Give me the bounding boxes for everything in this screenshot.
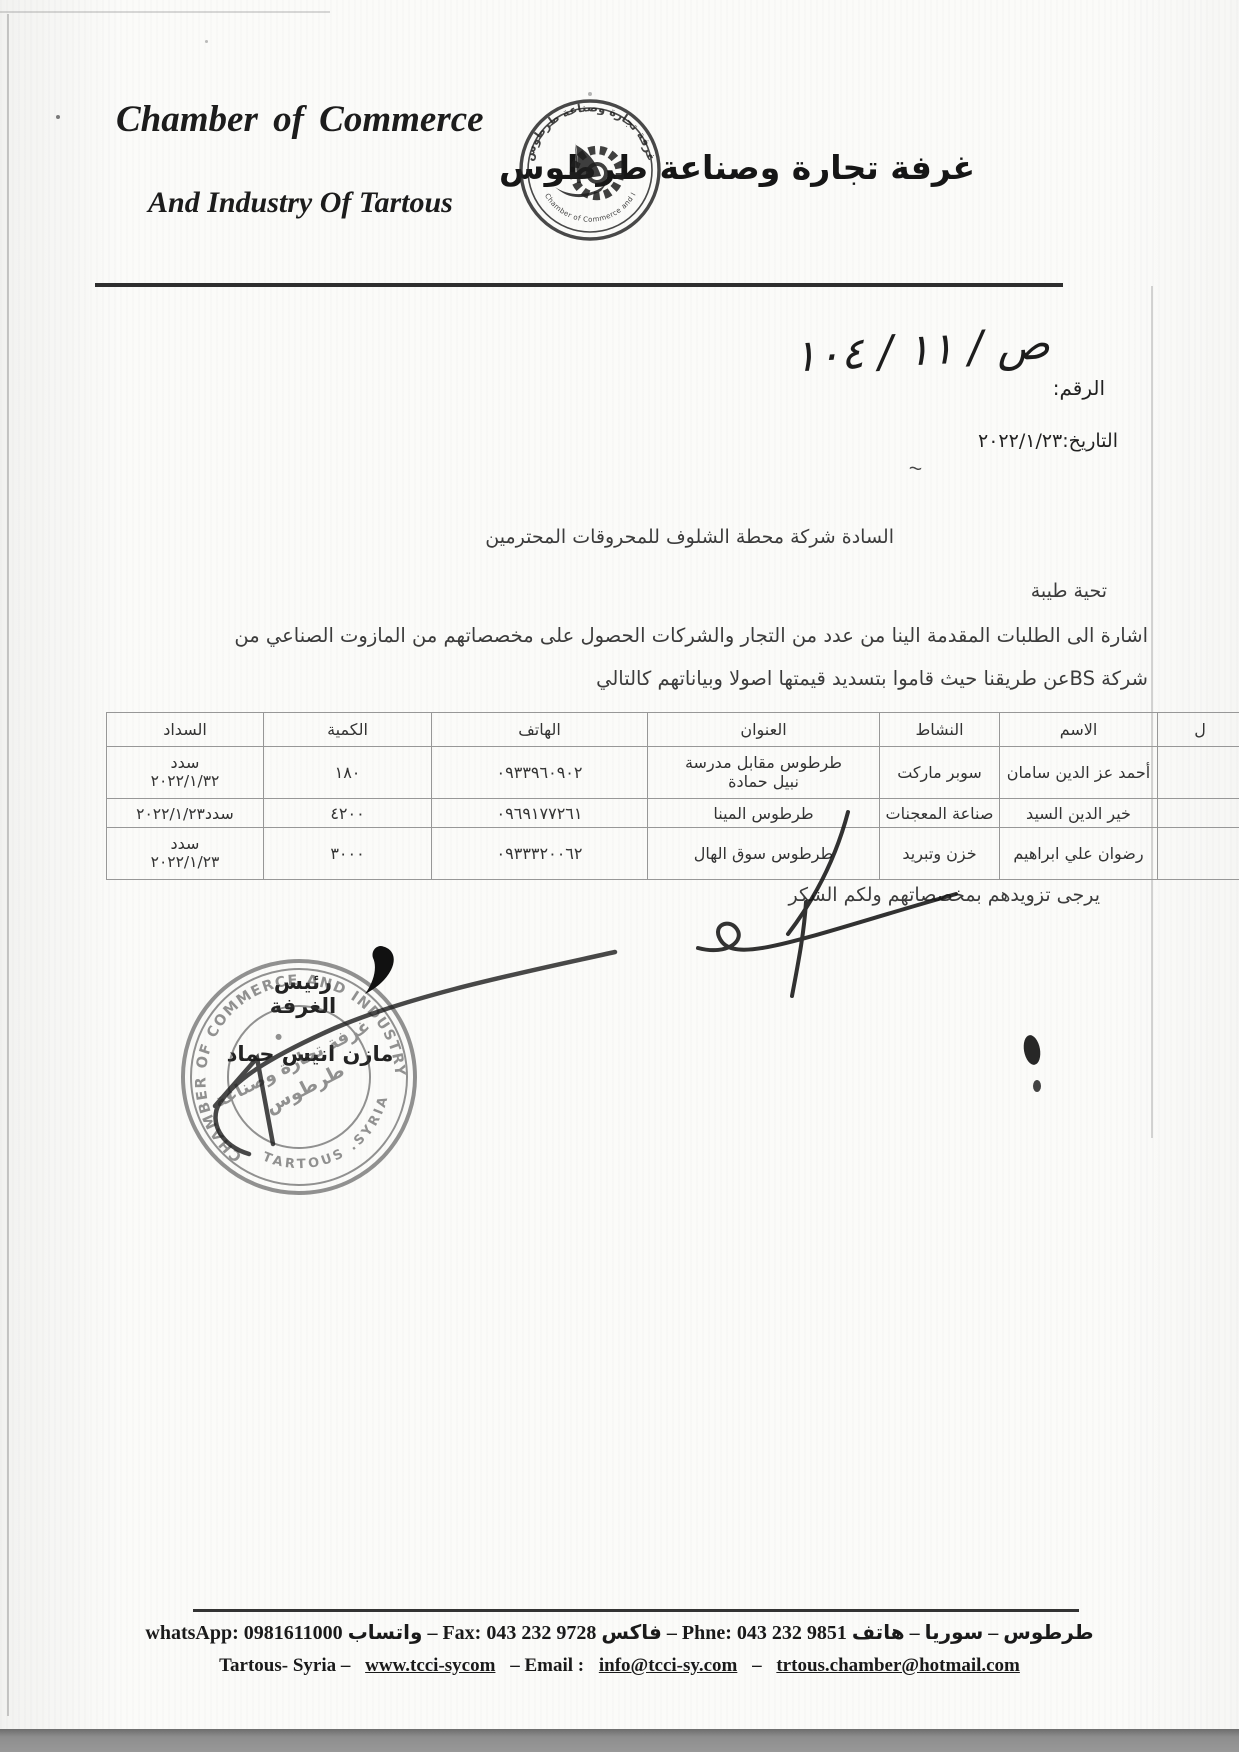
payment-word: سدد: [110, 754, 260, 772]
cell-serial: [1158, 747, 1239, 799]
header-serial-partial: ل: [1158, 713, 1239, 747]
header-divider-rule: [95, 283, 1063, 287]
cell-name: خير الدين السيد: [1000, 799, 1158, 828]
payment-word: سدد: [205, 804, 234, 823]
svg-text:غرفة تجارة وصناعة طرطوس: غرفة تجارة وصناعة طرطوس: [521, 100, 658, 162]
cell-serial: [1158, 828, 1239, 880]
footer-separator: –: [752, 1655, 762, 1676]
cell-phone: ٠٩٣٣٩٦٠٩٠٢: [432, 747, 648, 799]
date-line: التاريخ:٢٠٢٢/١/٢٣: [978, 430, 1118, 452]
scanned-letter-page: Chamber of Commerce And Industry Of Tart…: [0, 0, 1239, 1752]
header-payment: السداد: [107, 713, 264, 747]
header-title-english-line2: And Industry Of Tartous: [148, 186, 453, 220]
ref-number-handwritten: ص / ١١ / ١٠٤: [669, 318, 1051, 389]
cell-address: طرطوس مقابل مدرسة نبيل حمادة: [648, 747, 880, 799]
logo-ship-icon: [555, 143, 607, 197]
cell-activity: سوبر ماركت: [880, 747, 1000, 799]
footer-hotmail-link: trtous.chamber@hotmail.com: [776, 1655, 1020, 1676]
pen-mark: ~: [907, 457, 925, 480]
allocations-table: ل الاسم النشاط العنوان الهاتف الكمية الس…: [106, 712, 1239, 880]
pen-comma-mark: [365, 946, 394, 994]
cell-name: أحمد عز الدين سامان: [1000, 747, 1158, 799]
footer-email-label: – Email :: [510, 1655, 584, 1676]
cell-serial: [1158, 799, 1239, 828]
header-address: العنوان: [648, 713, 880, 747]
body-line-1: اشارة الى الطلبات المقدمة الينا من عدد م…: [234, 624, 1148, 647]
payment-date: ٢٠٢٢/١/٢٣: [136, 805, 205, 823]
payment-date: ٢٠٢٢/١/٣٢: [110, 773, 260, 791]
header-quantity: الكمية: [264, 713, 432, 747]
scan-edge-top: [0, 11, 330, 13]
handwritten-signature: [688, 806, 978, 1001]
table-header-row: ل الاسم النشاط العنوان الهاتف الكمية الس…: [107, 713, 1239, 747]
table-row: أحمد عز الدين سامان سوبر ماركت طرطوس مقا…: [107, 747, 1239, 799]
cell-name: رضوان علي ابراهيم: [1000, 828, 1158, 880]
footer-contact-line: طرطوس – سوريا – هاتف Phne: 043 232 9851 …: [60, 1620, 1179, 1645]
cell-payment: سدد ٢٠٢٢/١/٣٢: [107, 747, 264, 799]
ink-blob: [1015, 1028, 1060, 1098]
address-line2: نبيل حمادة: [651, 773, 876, 791]
header-phone: الهاتف: [432, 713, 648, 747]
cell-phone: ٠٩٣٣٣٢٠٠٦٢: [432, 828, 648, 880]
payment-word: سدد: [110, 835, 260, 853]
cell-payment: سدد٢٠٢٢/١/٢٣: [107, 799, 264, 828]
cell-quantity: ٣٠٠٠: [264, 828, 432, 880]
header-name: الاسم: [1000, 713, 1158, 747]
logo-arc-text-arabic: غرفة تجارة وصناعة طرطوس: [521, 100, 658, 162]
header-title-english-line1: Chamber of Commerce: [116, 98, 484, 141]
ink-speck: [56, 115, 60, 119]
address-line1: طرطوس مقابل مدرسة: [651, 754, 876, 772]
ref-number-label: الرقم:: [1053, 376, 1105, 400]
scan-edge-left: [7, 14, 9, 1716]
payment-date: ٢٠٢٢/١/٢٣: [110, 854, 260, 872]
scan-bottom-bar: [0, 1729, 1239, 1752]
header-activity: النشاط: [880, 713, 1000, 747]
greeting-line: تحية طيبة: [1031, 580, 1107, 602]
footer-website-link: www.tcci-sycom: [365, 1655, 495, 1676]
cell-phone: ٠٩٦٩١٧٧٢٦١: [432, 799, 648, 828]
ink-speck: [588, 92, 592, 96]
addressee-line: السادة شركة محطة الشلوف للمحروقات المحتر…: [485, 526, 894, 548]
footer-location-text: Tartous- Syria –: [219, 1655, 350, 1676]
body-line-2: شركة BSعن طريقنا حيث قاموا بتسديد قيمتها…: [596, 667, 1148, 690]
cell-quantity: ١٨٠: [264, 747, 432, 799]
ink-speck: [205, 40, 208, 43]
table-row: رضوان علي ابراهيم خزن وتبريد طرطوس سوق ا…: [107, 828, 1239, 880]
handwritten-signature-over-stamp: [185, 928, 645, 1183]
cell-quantity: ٤٢٠٠: [264, 799, 432, 828]
footer-divider-rule: [193, 1609, 1079, 1612]
table-row: خير الدين السيد صناعة المعجنات طرطوس الم…: [107, 799, 1239, 828]
chamber-seal-logo-icon: غرفة تجارة وصناعة طرطوس Tartous Chamber …: [517, 97, 663, 243]
footer-web-line: Tartous- Syria – www.tcci-sycom – Email …: [60, 1655, 1179, 1677]
cell-payment: سدد ٢٠٢٢/١/٢٣: [107, 828, 264, 880]
footer-email-link: info@tcci-sy.com: [599, 1655, 738, 1676]
